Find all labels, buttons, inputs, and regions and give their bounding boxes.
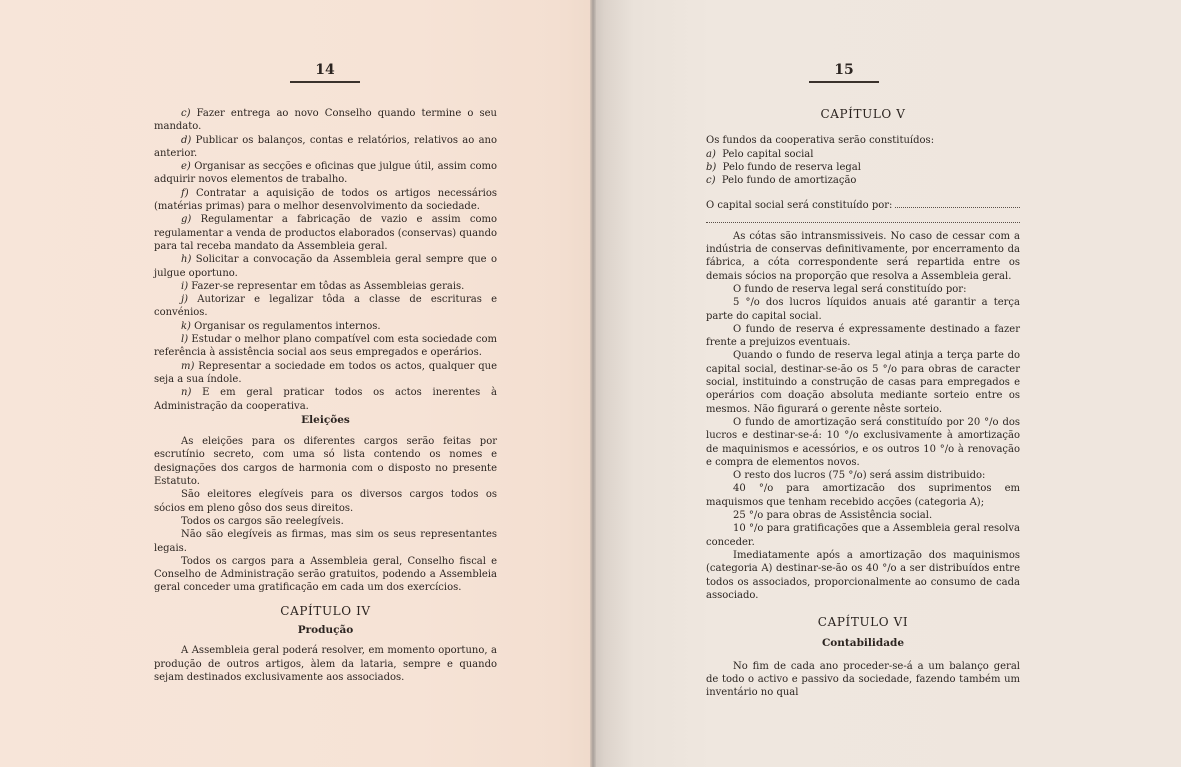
page-number-left: 14	[290, 62, 360, 83]
paragraph: Imediatamente após a amortização dos maq…	[706, 549, 1020, 602]
funds-intro: Os fundos da cooperativa serão constituí…	[706, 134, 1020, 147]
item-label: j)	[181, 294, 188, 305]
paragraph: As cótas são intransmissiveis. No caso d…	[706, 230, 1020, 283]
list-item: n) E em geral praticar todos os actos in…	[154, 386, 497, 413]
item-text: Pelo capital social	[722, 149, 813, 160]
item-label: b)	[706, 162, 716, 173]
section-heading-eleicoes: Eleições	[154, 414, 497, 427]
item-text: Organisar as secções e oficinas que julg…	[154, 161, 497, 185]
list-item: b) Pelo fundo de reserva legal	[706, 161, 1020, 174]
paragraph: O resto dos lucros (75 °/o) será assim d…	[706, 469, 1020, 482]
capital-line: O capital social será constituído por:	[706, 199, 1020, 212]
list-item: h) Solicitar a convocação da Assembleia …	[154, 253, 497, 280]
list-item: j) Autorizar e legalizar tôda a classe d…	[154, 293, 497, 320]
list-item: i) Fazer-se representar em tôdas as Asse…	[154, 280, 497, 293]
item-text: Fazer-se representar em tôdas as Assembl…	[191, 281, 464, 292]
paragraph: A Assembleia geral poderá resolver, em m…	[154, 644, 497, 684]
item-label: c)	[706, 175, 716, 186]
blank-fill-line	[895, 207, 1020, 208]
item-label: c)	[181, 108, 191, 119]
page-number-text: 14	[290, 62, 360, 78]
item-text: E em geral praticar todos os actos inere…	[154, 387, 497, 411]
item-text: Autorizar e legalizar tôda a classe de e…	[154, 294, 497, 318]
item-text: Solicitar a convocação da Assembleia ger…	[154, 254, 497, 278]
chapter-title-vi: CAPÍTULO VI	[706, 616, 1020, 629]
paragraph: No fim de cada ano proceder-se-á a um ba…	[706, 660, 1020, 700]
paragraph: 5 °/o dos lucros líquidos anuais até gar…	[706, 296, 1020, 323]
page-number-rule	[290, 81, 360, 83]
list-item: a) Pelo capital social	[706, 148, 1020, 161]
list-item: f) Contratar a aquisição de todos os art…	[154, 187, 497, 214]
item-text: Regulamentar a fabricação de vazio e ass…	[154, 214, 497, 252]
capital-line-text: O capital social será constituído por:	[706, 199, 892, 212]
funds-list: a) Pelo capital social b) Pelo fundo de …	[706, 148, 1020, 188]
item-label: l)	[181, 334, 188, 345]
blank-fill-line-2	[706, 213, 1020, 223]
chapter-title-iv: CAPÍTULO IV	[154, 605, 497, 618]
list-item: c) Fazer entrega ao novo Conselho quando…	[154, 107, 497, 134]
item-text: Contratar a aquisição de todos os artigo…	[154, 188, 497, 212]
paragraph: Todos os cargos são reelegíveis.	[154, 515, 497, 528]
paragraph: Todos os cargos para a Assembleia geral,…	[154, 555, 497, 595]
item-text: Estudar o melhor plano compatível com es…	[154, 334, 497, 358]
page-number-rule	[809, 81, 879, 83]
item-text: Organisar os regulamentos internos.	[194, 321, 380, 332]
section-heading-contabilidade: Contabilidade	[706, 637, 1020, 650]
page-number-text: 15	[809, 62, 879, 78]
paragraph: Não são elegíveis as firmas, mas sim os …	[154, 528, 497, 555]
item-text: Pelo fundo de amortização	[722, 175, 857, 186]
list-item: g) Regulamentar a fabricação de vazio e …	[154, 213, 497, 253]
item-label: k)	[181, 321, 191, 332]
left-page-body: c) Fazer entrega ao novo Conselho quando…	[154, 107, 497, 684]
list-item: c) Pelo fundo de amortização	[706, 174, 1020, 187]
item-text: Representar a sociedade em todos os acto…	[154, 361, 497, 385]
paragraph: 10 °/o para gratificações que a Assemble…	[706, 522, 1020, 549]
item-text: Publicar os balanços, contas e relatório…	[154, 135, 497, 159]
list-item: k) Organisar os regulamentos internos.	[154, 320, 497, 333]
item-label: n)	[181, 387, 191, 398]
paragraph: 25 °/o para obras de Assistência social.	[706, 509, 1020, 522]
paragraph: O fundo de amortização será constituído …	[706, 416, 1020, 469]
item-label: f)	[181, 188, 189, 199]
paragraph: As eleições para os diferentes cargos se…	[154, 435, 497, 488]
left-page: 14 c) Fazer entrega ao novo Conselho qua…	[0, 0, 593, 767]
item-label: e)	[181, 161, 191, 172]
item-label: g)	[181, 214, 191, 225]
item-label: m)	[181, 361, 194, 372]
list-item: e) Organisar as secções e oficinas que j…	[154, 160, 497, 187]
right-page-body: CAPÍTULO V Os fundos da cooperativa serã…	[706, 108, 1020, 700]
paragraph: O fundo de reserva é expressamente desti…	[706, 323, 1020, 350]
item-text: Fazer entrega ao novo Conselho quando te…	[154, 108, 497, 132]
chapter-title-v: CAPÍTULO V	[706, 108, 1020, 121]
paragraph: O fundo de reserva legal será constituíd…	[706, 283, 1020, 296]
item-label: a)	[706, 149, 716, 160]
item-label: h)	[181, 254, 191, 265]
list-item: m) Representar a sociedade em todos os a…	[154, 360, 497, 387]
list-item: l) Estudar o melhor plano compatível com…	[154, 333, 497, 360]
paragraph: Quando o fundo de reserva legal atinja a…	[706, 349, 1020, 415]
item-label: i)	[181, 281, 188, 292]
page-number-right: 15	[809, 62, 879, 83]
paragraph: 40 °/o para amortizacão dos suprimentos …	[706, 482, 1020, 509]
book-gutter	[590, 0, 596, 767]
list-item: d) Publicar os balanços, contas e relató…	[154, 134, 497, 161]
item-label: d)	[181, 135, 191, 146]
item-text: Pelo fundo de reserva legal	[723, 162, 861, 173]
section-heading-producao: Produção	[154, 624, 497, 637]
paragraph: São eleitores elegíveis para os diversos…	[154, 488, 497, 515]
